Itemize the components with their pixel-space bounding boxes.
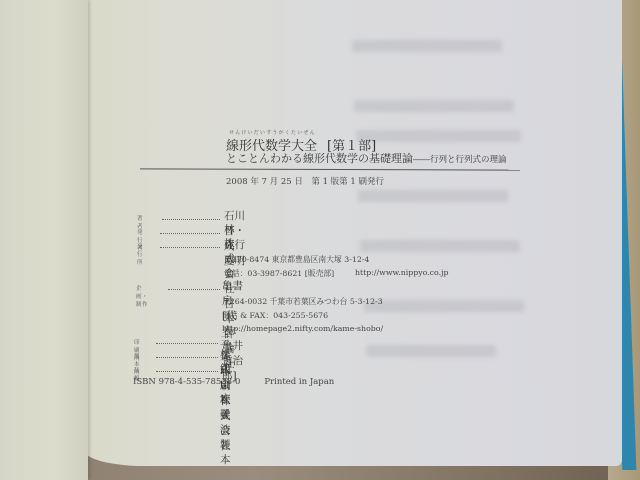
isbn-line: ISBN 978-4-535-78538-0Printed in Japan <box>133 377 334 387</box>
printed-in: Printed in Japan <box>264 377 334 387</box>
planning-label: 企画・制作 <box>136 284 148 308</box>
leader-dots <box>156 371 218 372</box>
isbn: ISBN 978-4-535-78538-0 <box>133 377 240 387</box>
publisher-url[interactable]: http://www.nippyo.co.jp <box>355 268 448 277</box>
leader-dots <box>168 289 220 290</box>
publisher-address: 〒170-8474 東京都豊島区南大塚 3-12-4 <box>224 254 369 265</box>
subtitle-tail: ――行列と行列式の理論 <box>413 155 507 165</box>
photo-scene: せんけいだいすうがくたいぜん 線形代数学大全[第１部] とことんわかる線形代数学… <box>0 0 640 480</box>
planning-phone: 電話 & FAX：043-255-5676 <box>222 310 328 321</box>
book-subtitle: とことんわかる線形代数学の基礎理論――行列と行列式の理論 <box>226 150 507 166</box>
publication-date: 2008 年 7 月 25 日 第 1 版第 1 刷発行 <box>226 175 384 187</box>
colophon-content: せんけいだいすうがくたいぜん 線形代数学大全[第１部] とことんわかる線形代数学… <box>0 0 640 480</box>
publisher-label: 発行所 <box>137 242 143 266</box>
leader-dots <box>156 343 218 344</box>
divider-rule <box>140 168 520 170</box>
leader-dots <box>162 219 220 220</box>
leader-dots <box>160 233 220 234</box>
planning-address: 〒264-0032 千葉市若葉区みつわ台 5-3-12-3 <box>222 296 383 307</box>
subtitle-main: とことんわかる線形代数学の基礎理論 <box>226 152 413 165</box>
leader-dots <box>156 357 218 358</box>
leader-dots <box>160 247 220 248</box>
planning-url[interactable]: http://homepage2.nifty.com/kame-shobo/ <box>222 324 383 333</box>
design-value: 銀山宏子 <box>220 361 231 421</box>
